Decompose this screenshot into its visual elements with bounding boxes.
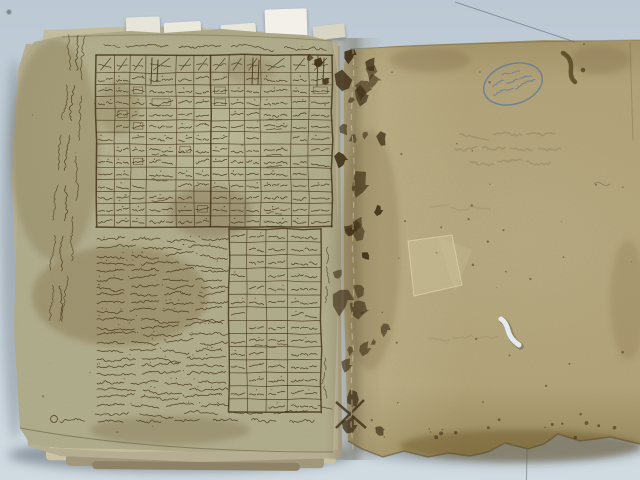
spine-gutter [326,38,382,460]
manuscript-photo [0,0,640,480]
